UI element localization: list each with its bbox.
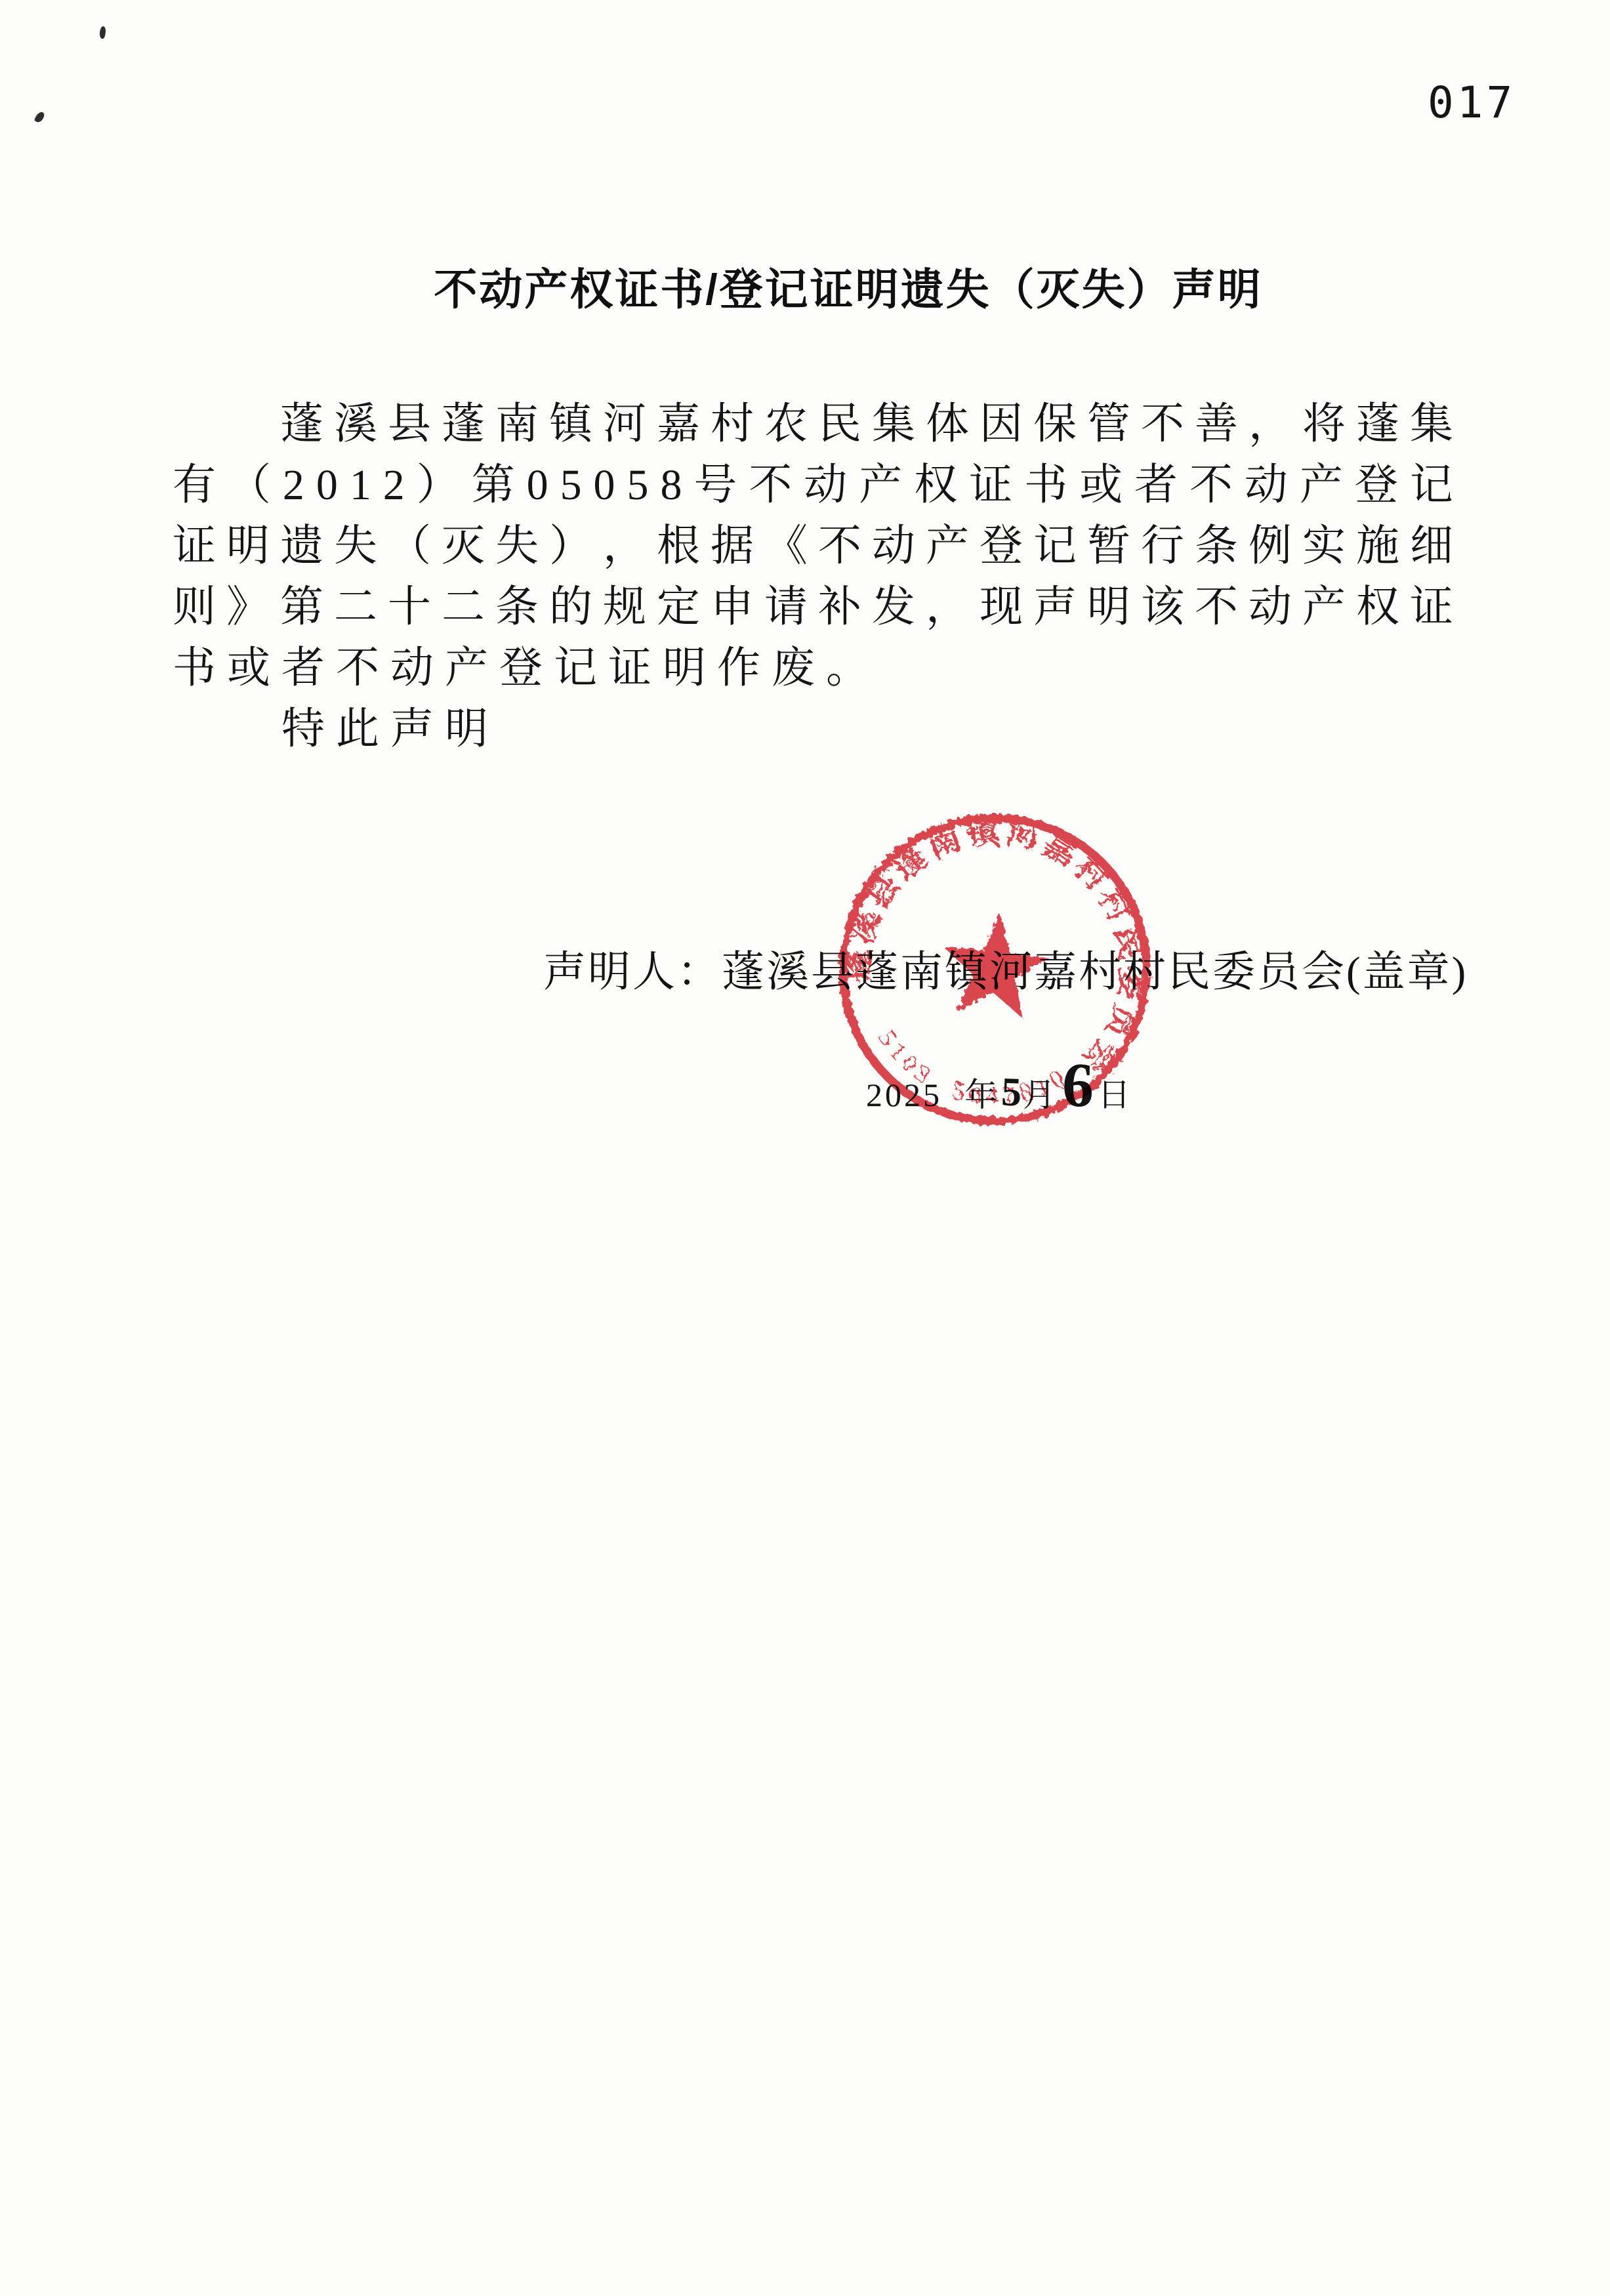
scan-speck (34, 110, 46, 123)
official-seal: 蓬溪县蓬南镇河嘉村村民委员会 5109 5047810 (811, 786, 1178, 1153)
page-number: 017 (1428, 77, 1516, 128)
body-line: 证明遗失（灭失），根据《不动产登记暂行条例实施细 (173, 518, 1453, 575)
seal-star-icon (943, 913, 1050, 1018)
body-line: 蓬溪县蓬南镇河嘉村农民集体因保管不善，将蓬集 (173, 396, 1453, 453)
body-line: 书或者不动产登记证明作废。 (173, 640, 1453, 697)
body-line: 则》第二十二条的规定申请补发，现声明该不动产权证 (173, 579, 1453, 636)
document-title: 不动产权证书/登记证明遗失（灭失）声明 (434, 255, 1262, 317)
scan-speck (98, 26, 107, 39)
scanned-declaration-page: { "page": { "number": "017" }, "title": … (0, 0, 1610, 2296)
body-line: 有（2012）第05058号不动产权证书或者不动产登记 (173, 457, 1453, 514)
body-closing-line: 特此声明 (173, 701, 1453, 758)
